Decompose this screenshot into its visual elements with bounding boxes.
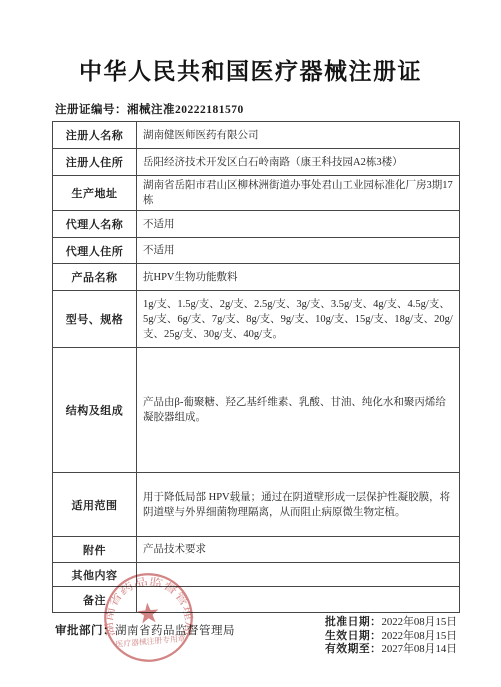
date-block: 批准日期：2022年08月15日 生效日期：2022年08月15日 有效期至：2… (325, 616, 457, 657)
row-value (137, 563, 460, 587)
approval-department-value: 湖南省药品监督管理局 (115, 625, 235, 637)
table-row: 适用范围用于降低局部 HPV载量；通过在阴道壁形成一层保护性凝胶膜，将阴道壁与外… (53, 473, 460, 537)
row-label: 其他内容 (53, 563, 137, 587)
effective-date-line: 生效日期：2022年08月15日 (325, 630, 457, 644)
row-value: 用于降低局部 HPV载量；通过在阴道壁形成一层保护性凝胶膜，将阴道壁与外界细菌物… (137, 473, 460, 537)
row-label: 代理人住所 (53, 238, 137, 264)
certificate-table: 注册人名称湖南健医师医药有限公司 注册人住所岳阳经济技术开发区白石岭南路（康王科… (52, 121, 460, 613)
effective-date-value: 2022年08月15日 (381, 630, 457, 642)
row-label: 附件 (53, 537, 137, 563)
table-row: 附件产品技术要求 (53, 537, 460, 563)
certificate-number-value: 湘械注准20222181570 (127, 104, 244, 116)
certificate-title: 中华人民共和国医疗器械注册证 (0, 53, 501, 86)
row-value: 湖南省岳阳市君山区柳林洲街道办事处君山工业园标准化厂房3期17栋 (137, 176, 460, 211)
row-label: 备注 (53, 587, 137, 613)
table-row: 注册人住所岳阳经济技术开发区白石岭南路（康王科技园A2栋3楼） (53, 149, 460, 176)
row-label: 生产地址 (53, 176, 137, 211)
approval-date-value: 2022年08月15日 (381, 616, 457, 628)
row-label: 注册人名称 (53, 122, 137, 149)
row-value: 岳阳经济技术开发区白石岭南路（康王科技园A2栋3楼） (137, 149, 460, 176)
row-label: 产品名称 (53, 264, 137, 291)
table-row: 代理人名称不适用 (53, 211, 460, 238)
approval-date-line: 批准日期：2022年08月15日 (325, 616, 457, 630)
certificate-page: 中华人民共和国医疗器械注册证 注册证编号：湘械注准20222181570 注册人… (0, 0, 501, 687)
row-value: 湖南健医师医药有限公司 (137, 122, 460, 149)
row-value: 不适用 (137, 211, 460, 238)
effective-date-label: 生效日期： (325, 630, 381, 642)
certificate-number-label: 注册证编号： (55, 104, 127, 116)
row-value: 产品由β-葡聚糖、羟乙基纤维素、乳酸、甘油、纯化水和聚丙烯给凝胶器组成。 (137, 348, 460, 473)
expiry-date-label: 有效期至： (325, 643, 381, 655)
table-row: 注册人名称湖南健医师医药有限公司 (53, 122, 460, 149)
table-row: 型号、规格1g/支、1.5g/支、2g/支、2.5g/支、3g/支、3.5g/支… (53, 291, 460, 348)
row-label: 注册人住所 (53, 149, 137, 176)
table-row: 代理人住所不适用 (53, 238, 460, 264)
table-row: 其他内容 (53, 563, 460, 587)
table-row: 备注 (53, 587, 460, 613)
table-row: 结构及组成产品由β-葡聚糖、羟乙基纤维素、乳酸、甘油、纯化水和聚丙烯给凝胶器组成… (53, 348, 460, 473)
row-label: 适用范围 (53, 473, 137, 537)
row-label: 代理人名称 (53, 211, 137, 238)
approval-department-line: 审批部门：湖南省药品监督管理局 (55, 622, 235, 638)
expiry-date-line: 有效期至：2027年08月14日 (325, 643, 457, 657)
expiry-date-value: 2027年08月14日 (381, 643, 457, 655)
row-label: 结构及组成 (53, 348, 137, 473)
row-value (137, 587, 460, 613)
approval-date-label: 批准日期： (325, 616, 381, 628)
table-row: 生产地址湖南省岳阳市君山区柳林洲街道办事处君山工业园标准化厂房3期17栋 (53, 176, 460, 211)
row-value: 1g/支、1.5g/支、2g/支、2.5g/支、3g/支、3.5g/支、4g/支… (137, 291, 460, 348)
certificate-number-line: 注册证编号：湘械注准20222181570 (55, 101, 244, 117)
row-value: 抗HPV生物功能敷料 (137, 264, 460, 291)
row-value: 不适用 (137, 238, 460, 264)
row-value: 产品技术要求 (137, 537, 460, 563)
row-label: 型号、规格 (53, 291, 137, 348)
approval-department-label: 审批部门： (55, 625, 115, 637)
table-row: 产品名称抗HPV生物功能敷料 (53, 264, 460, 291)
